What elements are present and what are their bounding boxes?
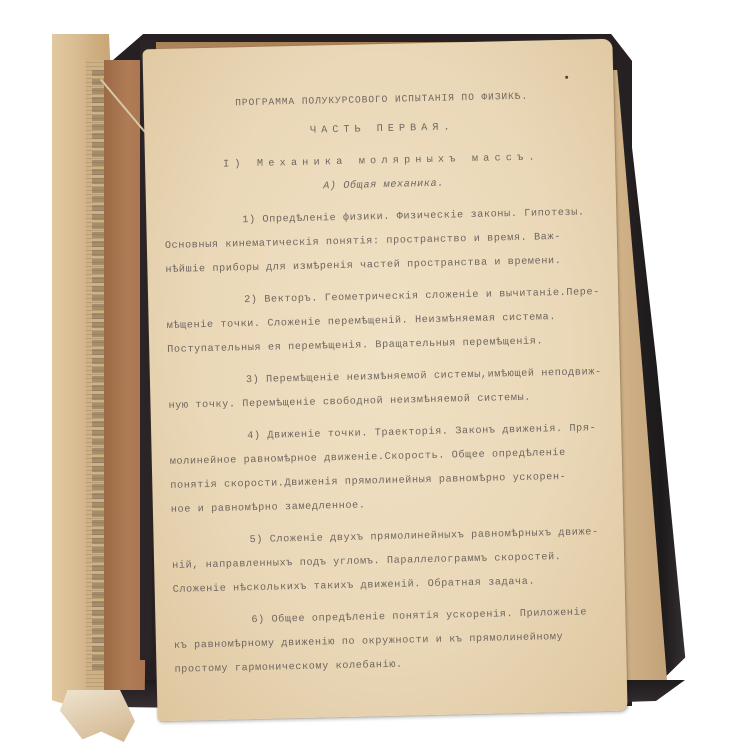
spine-newspaper-scraps	[92, 70, 104, 670]
paragraph-2: 2) Векторъ. Геометрическія сложеніе и вы…	[166, 281, 608, 363]
paragraph-3: 3) Перемѣщеніе неизмѣняемой системы,имѣю…	[168, 361, 609, 419]
paragraph-4: 4) Движеніе точки. Траекторія. Законъ дв…	[169, 417, 611, 523]
paragraph-1: 1) Опредѣленіе физики. Физическіе законы…	[164, 201, 606, 283]
ink-spot	[565, 76, 568, 79]
paragraph-6: 6) Общее опредѣленіе понятія ускоренія. …	[173, 601, 615, 683]
paragraphs: 1) Опредѣленіе физики. Физическіе законы…	[164, 201, 615, 683]
typed-page: ПРОГРАММА ПОЛУКУРСОВОГО ИСПЫТАНІЯ ПО ФИЗ…	[142, 39, 627, 721]
paragraph-5: 5) Сложеніе двухъ прямолинейныхъ равномѣ…	[171, 521, 613, 603]
part-heading: ЧАСТЬ ПЕРВАЯ.	[162, 113, 602, 147]
page-text: ПРОГРАММА ПОЛУКУРСОВОГО ИСПЫТАНІЯ ПО ФИЗ…	[161, 83, 614, 683]
document-title: ПРОГРАММА ПОЛУКУРСОВОГО ИСПЫТАНІЯ ПО ФИЗ…	[161, 83, 601, 117]
